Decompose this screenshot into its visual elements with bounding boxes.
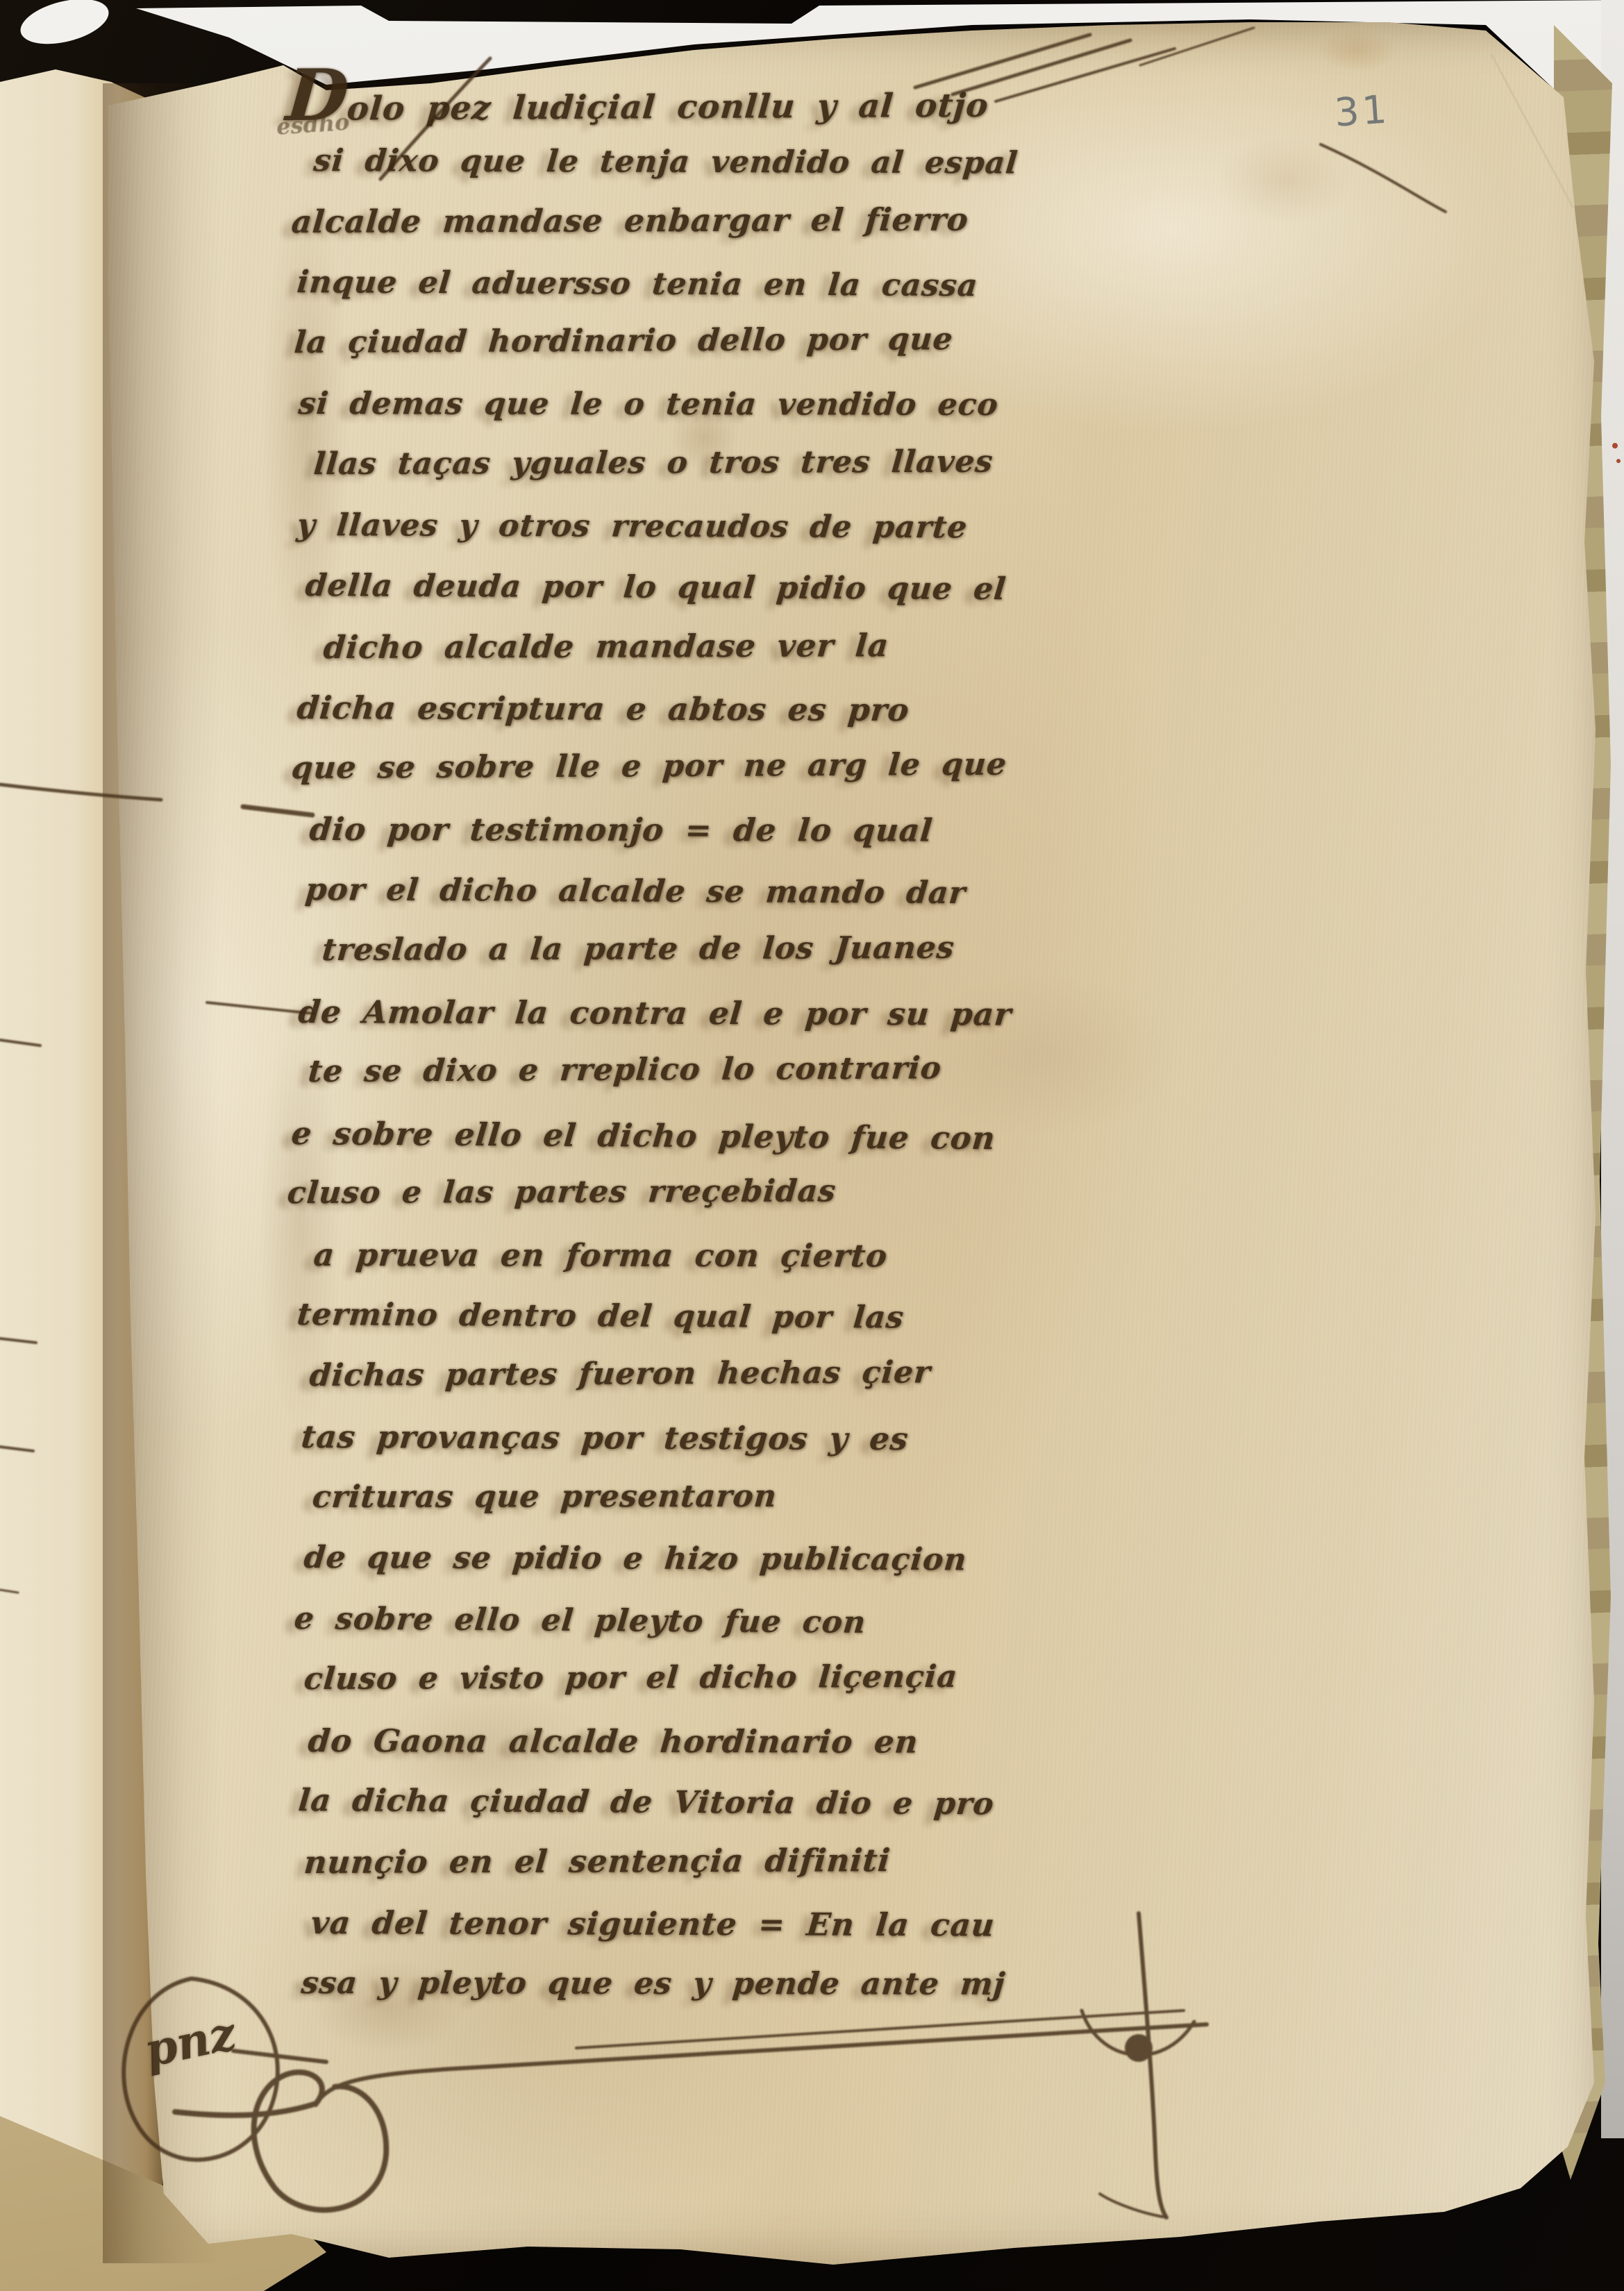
- manuscript-line: te se dixo e rreplico lo contrario: [307, 1050, 943, 1089]
- manuscript-line: de Amolar la contra el e por su par: [297, 993, 1014, 1033]
- manuscript-line: dio por testimonjo = de lo qual: [308, 811, 935, 849]
- manuscript-line: Dolo pez ludiçial conllu y al otjo: [284, 78, 991, 128]
- manuscript-line: va del tenor siguiente = En la cau: [310, 1904, 997, 1943]
- manuscript-line: dichas partes fueron hechas çier: [308, 1354, 932, 1393]
- manuscript-line: della deuda por lo qual pidio que el: [304, 568, 1008, 607]
- manuscript-line: dicha escriptura e abtos es pro: [296, 689, 912, 728]
- manuscript-line: la çiudad hordinario dello por que: [293, 321, 955, 360]
- text-block: Dolo pez ludiçial conllu y al otjosi dix…: [0, 0, 1624, 2291]
- manuscript-line: ssa y pleyto que es y pende ante mj: [300, 1965, 1007, 2002]
- manuscript-line: por el dicho alcalde se mando dar: [304, 872, 968, 911]
- manuscript-line: llas taças yguales o tros tres llaves: [312, 444, 995, 482]
- manuscript-line: de que se pidio e hizo publicaçion: [303, 1540, 969, 1577]
- manuscript-line: si demas que le o tenia vendido eco: [297, 386, 1000, 423]
- manuscript-line: crituras que presentaron: [311, 1478, 778, 1514]
- manuscript-line: treslado a la parte de los Juanes: [321, 930, 956, 968]
- manuscript-line: inque el aduersso tenia en la cassa: [296, 265, 980, 303]
- manuscript-line: la dicha çiudad de Vitoria dio e pro: [297, 1783, 996, 1822]
- manuscript-line: nunçio en el sentençia difiniti: [303, 1842, 892, 1881]
- line-lead-mark: esdho: [276, 108, 351, 140]
- manuscript-photo: Dolo pez ludiçial conllu y al otjosi dix…: [0, 0, 1624, 2291]
- manuscript-line: alcalde mandase enbargar el fierro: [290, 201, 970, 240]
- manuscript-line: que se sobre lle e por ne arg le que: [290, 746, 1008, 785]
- manuscript-line: do Gaona alcalde hordinario en: [307, 1722, 920, 1761]
- manuscript-line: e sobre ello el pleyto fue con: [293, 1601, 868, 1640]
- manuscript-line: dicho alcalde mandase ver la: [322, 627, 891, 666]
- manuscript-line: tas provanças por testigos y es: [300, 1418, 910, 1457]
- manuscript-line: y llaves y otros rrecaudos de parte: [296, 507, 969, 545]
- manuscript-line: termino dentro del qual por las: [296, 1297, 906, 1336]
- manuscript-line: si dixo que le tenja vendido al espal: [312, 143, 1020, 181]
- manuscript-line: cluso e visto por el dicho liçençia: [303, 1659, 959, 1697]
- manuscript-line: e sobre ello el dicho pleyto fue con: [290, 1115, 997, 1157]
- manuscript-line: a prueva en forma con çierto: [312, 1236, 889, 1274]
- folio-number: 31: [1333, 87, 1391, 135]
- manuscript-line: cluso e las partes rreçebidas: [286, 1173, 837, 1211]
